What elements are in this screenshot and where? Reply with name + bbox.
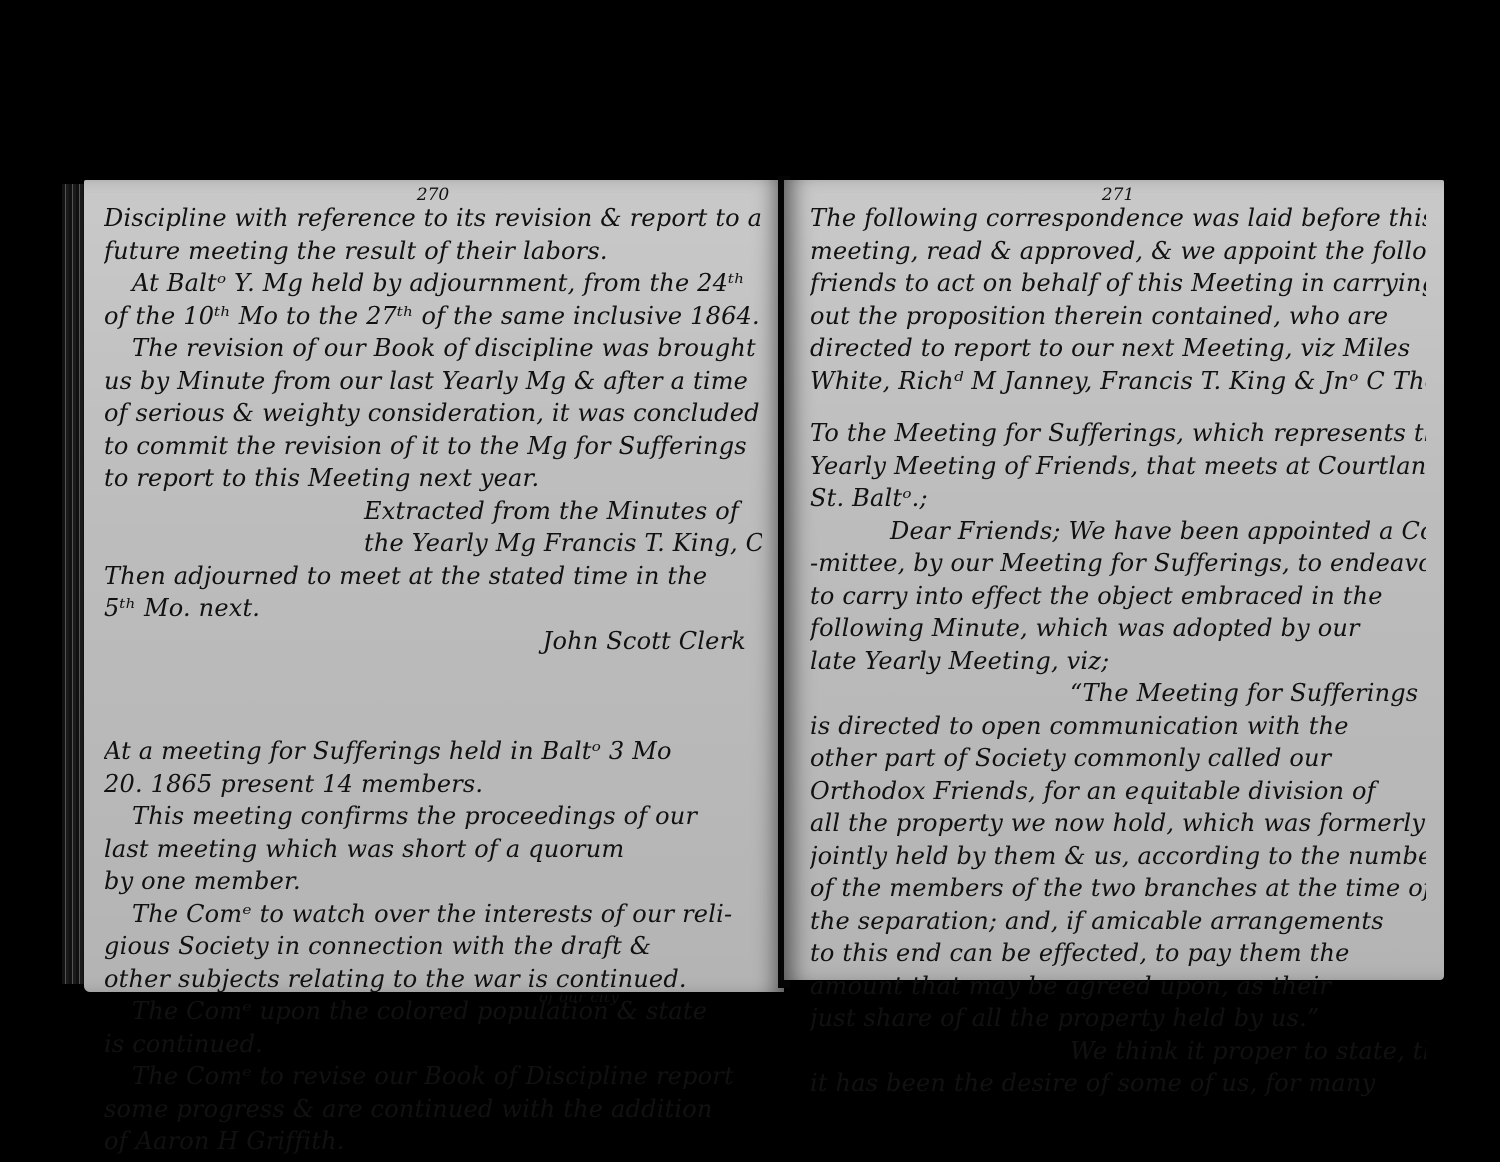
text-line: St. Baltᵒ.; [810, 482, 1426, 515]
text-line: just share of all the property held by u… [810, 1002, 1426, 1035]
page-edges [62, 184, 84, 984]
text-line: to this end can be effected, to pay them… [810, 937, 1426, 970]
text-line: the Yearly Mg Francis T. King, Clerk [104, 527, 762, 560]
text-line: Extracted from the Minutes of [104, 495, 762, 528]
text-line: The revision of our Book of discipline w… [104, 332, 762, 365]
text-line: Yearly Meeting of Friends, that meets at… [810, 450, 1426, 483]
text-line: future meeting the result of their labor… [104, 235, 762, 268]
text-line: -mittee, by our Meeting for Sufferings, … [810, 547, 1426, 580]
text-line: to report to this Meeting next year. [104, 462, 762, 495]
text-line: The Comᵉ to watch over the interests of … [104, 898, 762, 931]
text-line: is directed to open communication with t… [810, 710, 1426, 743]
text-line: 20. 1865 present 14 members. [104, 768, 762, 801]
text-line: of the members of the two branches at th… [810, 872, 1426, 905]
text-line: Then adjourned to meet at the stated tim… [104, 560, 762, 593]
text-line: of Aaron H Griffith. [104, 1125, 762, 1158]
text-line: Orthodox Friends, for an equitable divis… [810, 775, 1426, 808]
text-line: The following correspondence was laid be… [810, 202, 1426, 235]
text-line: late Yearly Meeting, viz; [810, 645, 1426, 678]
text-line: gious Society in connection with the dra… [104, 930, 762, 963]
interlinear-insertion: of our city [539, 995, 619, 1014]
text-line: us by Minute from our last Yearly Mg & a… [104, 365, 762, 398]
text-line: The Comᵉ upon the colored population & s… [132, 997, 707, 1025]
text-line-with-insertion: of our city The Comᵉ upon the colored po… [104, 995, 762, 1028]
page-number-left: 270 [104, 188, 762, 202]
section-gap [104, 657, 762, 735]
text-line: friends to act on behalf of this Meeting… [810, 267, 1426, 300]
text-line: by one member. [104, 865, 762, 898]
text-line: meeting, read & approved, & we appoint t… [810, 235, 1426, 268]
text-line: some progress & are continued with the a… [104, 1093, 762, 1126]
text-line: amount that may be agreed upon, as their [810, 970, 1426, 1003]
text-line: jointly held by them & us, according to … [810, 840, 1426, 873]
text-line: Discipline with reference to its revisio… [104, 202, 762, 235]
text-line: out the proposition therein contained, w… [810, 300, 1426, 333]
text-line: last meeting which was short of a quorum [104, 833, 762, 866]
text-line: The Comᵉ to revise our Book of Disciplin… [104, 1060, 762, 1093]
right-page: 271 The following correspondence was lai… [784, 180, 1444, 980]
section-gap [810, 397, 1426, 417]
quoted-minute-line: “The Meeting for Sufferings [810, 677, 1426, 710]
text-line: At Baltᵒ Y. Mg held by adjournment, from… [104, 267, 762, 300]
text-line: of the 10ᵗʰ Mo to the 27ᵗʰ of the same i… [104, 300, 762, 333]
left-page: 270 Discipline with reference to its rev… [84, 180, 784, 992]
text-line: it has been the desire of some of us, fo… [810, 1067, 1426, 1100]
salutation-line: Dear Friends; We have been appointed a C… [810, 515, 1426, 548]
text-line: of serious & weighty consideration, it w… [104, 397, 762, 430]
text-line: the separation; and, if amicable arrange… [810, 905, 1426, 938]
manuscript-book-spread: 270 Discipline with reference to its rev… [62, 176, 1440, 992]
text-line: directed to report to our next Meeting, … [810, 332, 1426, 365]
text-line: 5ᵗʰ Mo. next. [104, 592, 762, 625]
text-line: following Minute, which was adopted by o… [810, 612, 1426, 645]
text-line: White, Richᵈ M Janney, Francis T. King &… [810, 365, 1426, 398]
text-line: other subjects relating to the war is co… [104, 963, 762, 996]
text-line: all the property we now hold, which was … [810, 807, 1426, 840]
text-line: We think it proper to state, that [810, 1035, 1426, 1068]
page-number-right: 271 [810, 188, 1426, 202]
text-line: to commit the revision of it to the Mg f… [104, 430, 762, 463]
text-line: is continued. [104, 1028, 762, 1061]
text-line: To the Meeting for Sufferings, which rep… [810, 417, 1426, 450]
text-line: other part of Society commonly called ou… [810, 742, 1426, 775]
signature-john-scott: John Scott Clerk [104, 625, 762, 658]
text-line: to carry into effect the object embraced… [810, 580, 1426, 613]
text-line: At a meeting for Sufferings held in Balt… [104, 735, 762, 768]
text-line: This meeting confirms the proceedings of… [104, 800, 762, 833]
